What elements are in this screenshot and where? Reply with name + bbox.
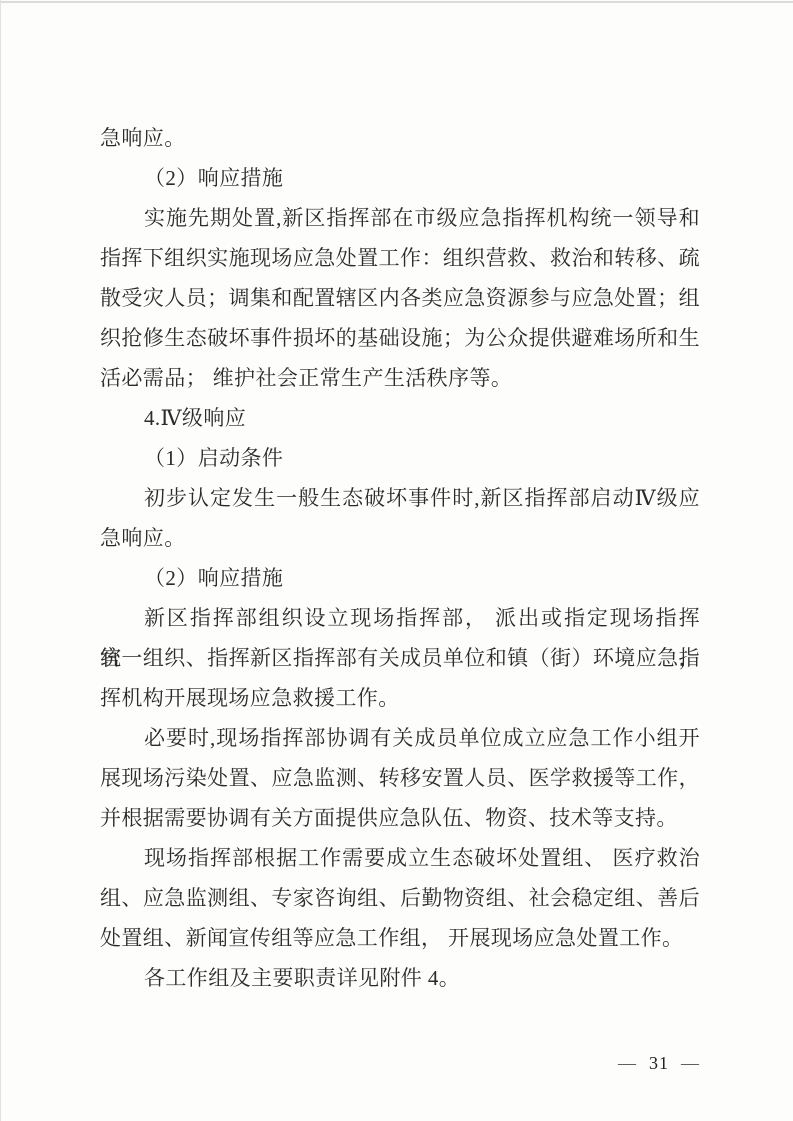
scan-artifact-left-line (0, 0, 1, 1121)
text-line: 展现场污染处置、应急监测、转移安置人员、医学救援等工作， (100, 758, 700, 798)
text-line-heading: （2）响应措施 (100, 558, 700, 598)
page-footer: —31— (100, 1053, 700, 1074)
text-line: 急响应。 (100, 518, 700, 558)
text-line: 现场指挥部根据工作需要成立生态破坏处置组、 医疗救治 (100, 838, 700, 878)
document-page: { "colors": { "page_background": "#fdfdf… (0, 0, 793, 1121)
text-line-heading: （2）响应措施 (100, 158, 700, 198)
text-line: 组、应急监测组、专家咨询组、后勤物资组、社会稳定组、善后 (100, 878, 700, 918)
footer-dash-left: — (618, 1053, 637, 1073)
text-line: 指挥下组织实施现场应急处置工作：组织营救、救治和转移、疏 (100, 238, 700, 278)
text-line: 织抢修生态破坏事件损坏的基础设施；为公众提供避难场所和生 (100, 318, 700, 358)
text-line: 并根据需要协调有关方面提供应急队伍、物资、技术等支持。 (100, 798, 700, 838)
text-line: 散受灾人员；调集和配置辖区内各类应急资源参与应急处置；组 (100, 278, 700, 318)
text-line: 必要时,现场指挥部协调有关成员单位成立应急工作小组开 (100, 718, 700, 758)
text-line-heading: 4.Ⅳ级响应 (100, 398, 700, 438)
text-line: 挥机构开展现场应急救援工作。 (100, 678, 700, 718)
text-line: 各工作组及主要职责详见附件 4。 (100, 958, 700, 998)
scan-artifact-top-line (0, 1, 793, 3)
text-line: 新区指挥部组织设立现场指挥部， 派出或指定现场指挥官， (100, 598, 700, 638)
text-line: 处置组、新闻宣传组等应急工作组， 开展现场应急处置工作。 (100, 918, 700, 958)
page-number: 31 (649, 1053, 669, 1074)
document-body: 急响应。 （2）响应措施 实施先期处置,新区指挥部在市级应急指挥机构统一领导和 … (100, 118, 700, 998)
text-line: 初步认定发生一般生态破坏事件时,新区指挥部启动Ⅳ级应 (100, 478, 700, 518)
text-line-heading: （1）启动条件 (100, 438, 700, 478)
footer-dash-right: — (681, 1053, 700, 1073)
text-line: 实施先期处置,新区指挥部在市级应急指挥机构统一领导和 (100, 198, 700, 238)
text-line: 统一组织、指挥新区指挥部有关成员单位和镇（街）环境应急指 (100, 638, 700, 678)
text-line: 活必需品； 维护社会正常生产生活秩序等。 (100, 358, 700, 398)
text-line: 急响应。 (100, 118, 700, 158)
